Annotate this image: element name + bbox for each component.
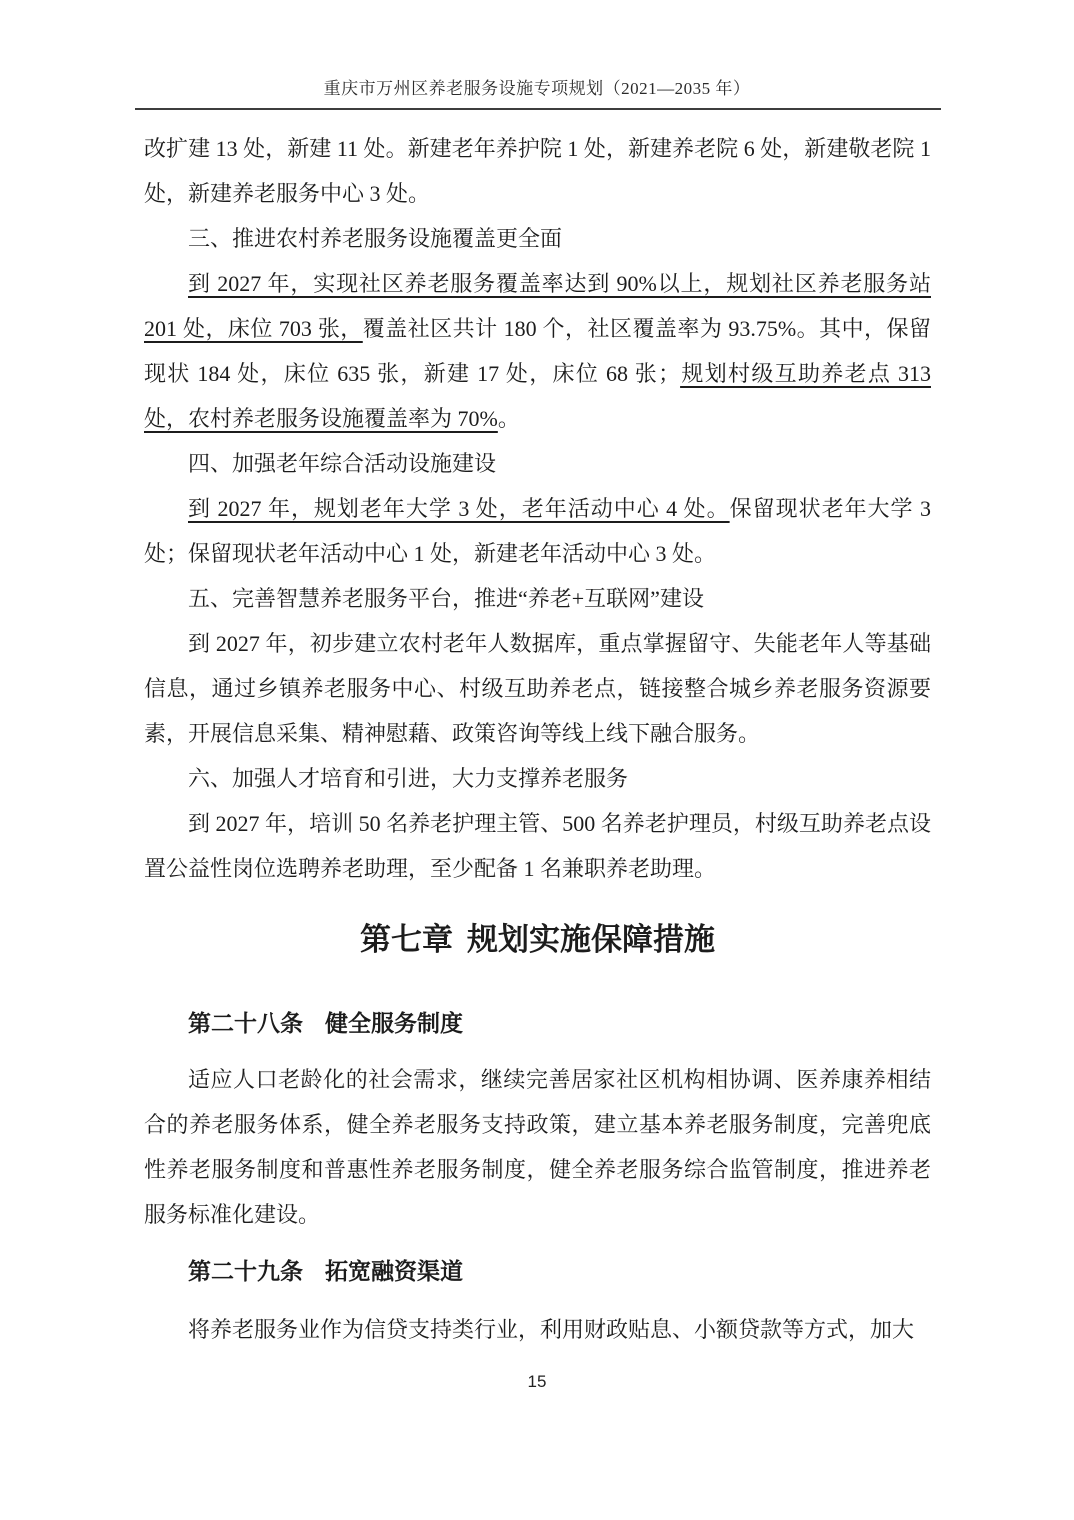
chapter-title: 规划实施保障措施 [467, 922, 715, 957]
section-29-title: 拓宽融资渠道 [325, 1258, 463, 1284]
page-header-title: 重庆市万州区养老服务设施专项规划（2021—2035 年） [0, 74, 1074, 99]
section-28-heading: 第二十八条健全服务制度 [144, 1005, 931, 1041]
paragraph-smart-platform: 到 2027 年，初步建立农村老年人数据库，重点掌握留守、失能老年人等基础信息，… [144, 621, 931, 756]
paragraph-rural-coverage: 到 2027 年，实现社区养老服务覆盖率达到 90%以上，规划社区养老服务站 2… [144, 261, 931, 441]
plain-sentence-end: 。 [498, 406, 520, 431]
header-divider [135, 108, 941, 110]
document-body: 改扩建 13 处，新建 11 处。新建老年养护院 1 处，新建养老院 6 处，新… [144, 126, 931, 1352]
section-28-title: 健全服务制度 [325, 1010, 463, 1036]
heading-item-four: 四、加强老年综合活动设施建设 [144, 441, 931, 486]
chapter-seven-heading: 第七章规划实施保障措施 [144, 917, 931, 963]
paragraph-activity-facilities: 到 2027 年，规划老年大学 3 处，老年活动中心 4 处。保留现状老年大学 … [144, 486, 931, 576]
heading-item-five: 五、完善智慧养老服务平台，推进“养老+互联网”建设 [144, 576, 931, 621]
section-29-label: 第二十九条 [188, 1258, 303, 1284]
section-28-label: 第二十八条 [188, 1010, 303, 1036]
chapter-label: 第七章 [360, 922, 453, 957]
heading-item-six: 六、加强人才培育和引进，大力支撑养老服务 [144, 756, 931, 801]
heading-item-three: 三、推进农村养老服务设施覆盖更全面 [144, 216, 931, 261]
paragraph-talent: 到 2027 年，培训 50 名养老护理主管、500 名养老护理员，村级互助养老… [144, 801, 931, 891]
paragraph-carryover: 改扩建 13 处，新建 11 处。新建老年养护院 1 处，新建养老院 6 处，新… [144, 126, 931, 216]
page-number: 15 [0, 1372, 1074, 1392]
section-29-heading: 第二十九条拓宽融资渠道 [144, 1253, 931, 1289]
document-page: 重庆市万州区养老服务设施专项规划（2021—2035 年） 改扩建 13 处，新… [0, 0, 1074, 1520]
underlined-activity-target: 到 2027 年，规划老年大学 3 处，老年活动中心 4 处。 [188, 496, 730, 521]
paragraph-financing: 将养老服务业作为信贷支持类行业，利用财政贴息、小额贷款等方式，加大 [144, 1307, 931, 1352]
paragraph-service-system: 适应人口老龄化的社会需求，继续完善居家社区机构相协调、医养康养相结合的养老服务体… [144, 1057, 931, 1237]
